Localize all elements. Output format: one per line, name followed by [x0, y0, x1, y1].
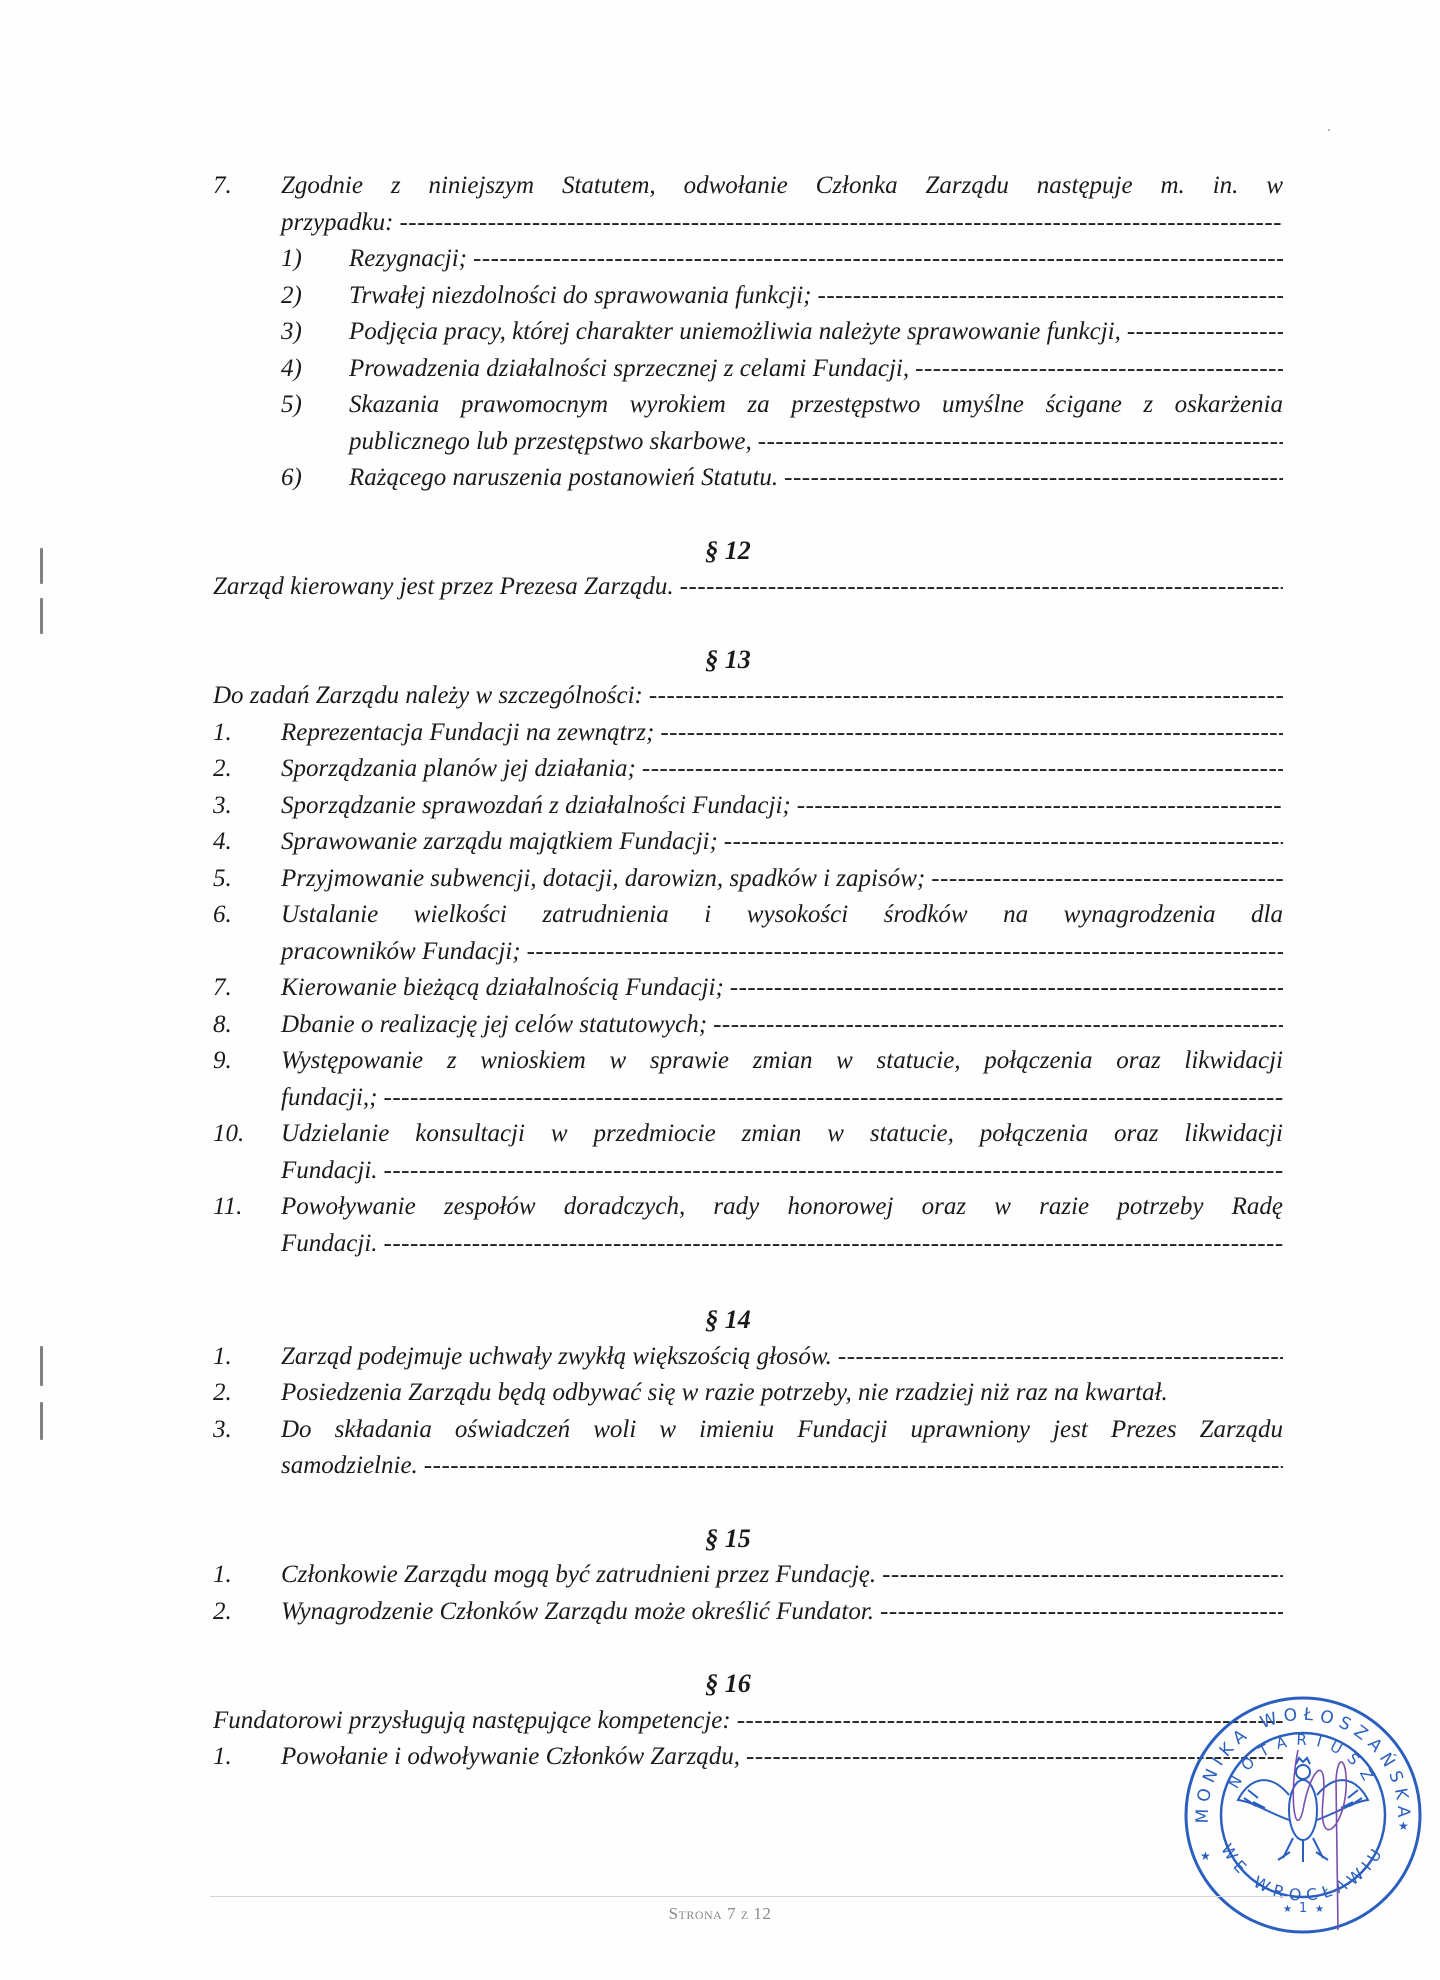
list-item-continuation: Fundacji.: [213, 1226, 1283, 1263]
list-number: 3): [281, 314, 349, 351]
list-item-text: Wynagrodzenie Członków Zarządu może okre…: [281, 1594, 874, 1631]
section-heading: § 13: [213, 642, 1283, 679]
list-item-text: Ustalanie wielkości zatrudnienia i wysok…: [281, 897, 1283, 934]
list-item-text: Podjęcia pracy, której charakter uniemoż…: [349, 314, 1121, 351]
list-item: 3. Sporządzanie sprawozdań z działalnośc…: [213, 788, 1283, 825]
list-item-text: Do składania oświadczeń woli w imieniu F…: [281, 1412, 1283, 1449]
fill-dashes: [473, 241, 1283, 278]
fill-dashes: [399, 205, 1283, 242]
fill-dashes: [384, 1226, 1283, 1263]
list-item: 6) Rażącego naruszenia postanowień Statu…: [213, 460, 1283, 497]
list-item: 2. Wynagrodzenie Członków Zarządu może o…: [213, 1594, 1283, 1631]
list-item-text: Skazania prawomocnym wyrokiem za przestę…: [349, 387, 1283, 424]
fill-dashes: [915, 351, 1283, 388]
spacer: [213, 1485, 1283, 1521]
list-number: 3.: [213, 1412, 281, 1449]
fill-dashes: [784, 460, 1283, 497]
list-number: 7.: [213, 168, 281, 205]
fill-dashes: [527, 934, 1283, 971]
list-number: 5.: [213, 861, 281, 898]
fill-dashes: [838, 1339, 1283, 1376]
fill-dashes: [758, 424, 1283, 461]
fill-dashes: [931, 861, 1283, 898]
margin-scan-mark: [40, 598, 43, 634]
list-item: 1. Członkowie Zarządu mogą być zatrudnie…: [213, 1557, 1283, 1594]
list-number: 1.: [213, 1339, 281, 1376]
list-item-text: Występowanie z wnioskiem w sprawie zmian…: [281, 1043, 1283, 1080]
fill-dashes: [384, 1153, 1283, 1190]
point-7-line-1: 7. Zgodnie z niniejszym Statutem, odwoła…: [213, 168, 1283, 205]
scan-speck: [1328, 129, 1330, 131]
fill-dashes: [1127, 314, 1283, 351]
margin-scan-mark: [40, 1402, 43, 1440]
list-number: 2.: [213, 1375, 281, 1412]
fill-dashes: [424, 1448, 1283, 1485]
list-item: 11. Powoływanie zespołów doradczych, rad…: [213, 1189, 1283, 1226]
list-number: 4): [281, 351, 349, 388]
section-heading: § 12: [213, 533, 1283, 570]
list-item: 3. Do składania oświadczeń woli w imieni…: [213, 1412, 1283, 1449]
list-item: 4. Sprawowanie zarządu majątkiem Fundacj…: [213, 824, 1283, 861]
footer-divider: [210, 1896, 1290, 1897]
fill-dashes: [642, 751, 1283, 788]
fill-dashes: [730, 970, 1283, 1007]
list-item: 3) Podjęcia pracy, której charakter unie…: [213, 314, 1283, 351]
scanned-page: 7. Zgodnie z niniejszym Statutem, odwoła…: [0, 0, 1440, 1980]
fill-dashes: [384, 1080, 1283, 1117]
paragraph-text: Zgodnie z niniejszym Statutem, odwołanie…: [281, 168, 1283, 205]
list-item-text: Dbanie o realizację jej celów statutowyc…: [281, 1007, 707, 1044]
fill-dashes: [882, 1557, 1283, 1594]
list-item-text: Prowadzenia działalności sprzecznej z ce…: [349, 351, 909, 388]
section-heading: § 14: [213, 1302, 1283, 1339]
list-item-text: Reprezentacja Fundacji na zewnątrz;: [281, 715, 654, 752]
list-item: 1) Rezygnacji;: [213, 241, 1283, 278]
list-item-text: Posiedzenia Zarządu będą odbywać się w r…: [281, 1375, 1168, 1412]
list-item: 7. Kierowanie bieżącą działalnością Fund…: [213, 970, 1283, 1007]
list-item-text: Sporządzania planów jej działania;: [281, 751, 636, 788]
list-number: 4.: [213, 824, 281, 861]
list-number: 8.: [213, 1007, 281, 1044]
fill-dashes: [660, 715, 1283, 752]
list-item-text: pracowników Fundacji;: [281, 934, 521, 971]
list-item: 6. Ustalanie wielkości zatrudnienia i wy…: [213, 897, 1283, 934]
paragraph-text: Fundatorowi przysługują następujące komp…: [213, 1703, 731, 1740]
star-icon: ★: [1200, 1849, 1211, 1863]
section-heading: § 15: [213, 1521, 1283, 1558]
list-number: 11.: [213, 1189, 281, 1226]
list-item-text: Rażącego naruszenia postanowień Statutu.: [349, 460, 778, 497]
section-intro: Do zadań Zarządu należy w szczególności:: [213, 678, 1283, 715]
section-heading: § 16: [213, 1666, 1283, 1703]
list-item-text: Sprawowanie zarządu majątkiem Fundacji;: [281, 824, 718, 861]
list-item: 9. Występowanie z wnioskiem w sprawie zm…: [213, 1043, 1283, 1080]
document-body: 7. Zgodnie z niniejszym Statutem, odwoła…: [213, 168, 1283, 1776]
fill-dashes: [724, 824, 1283, 861]
list-item-text: Członkowie Zarządu mogą być zatrudnieni …: [281, 1557, 876, 1594]
list-number: 1.: [213, 1739, 281, 1776]
list-item-continuation: Fundacji.: [213, 1153, 1283, 1190]
list-item: 5) Skazania prawomocnym wyrokiem za prze…: [213, 387, 1283, 424]
fill-dashes: [880, 1594, 1283, 1631]
list-item: 4) Prowadzenia działalności sprzecznej z…: [213, 351, 1283, 388]
list-item: 2. Sporządzania planów jej działania;: [213, 751, 1283, 788]
list-item-text: Kierowanie bieżącą działalnością Fundacj…: [281, 970, 724, 1007]
list-item-text: Powołanie i odwoływanie Członków Zarządu…: [281, 1739, 740, 1776]
list-item-continuation: samodzielnie.: [213, 1448, 1283, 1485]
list-item-text: Fundacji.: [281, 1226, 378, 1263]
list-item-text: fundacji,;: [281, 1080, 378, 1117]
star-icon: ★: [1398, 1819, 1409, 1833]
list-item-text: Powoływanie zespołów doradczych, rady ho…: [281, 1189, 1283, 1226]
paragraph-text: Do zadań Zarządu należy w szczególności:: [213, 678, 643, 715]
notary-seal-eagle-icon: MONIKA WOŁOSZAŃSKA NOTARIUSZ WE WROCŁAWI…: [1178, 1690, 1428, 1940]
list-item: 1. Powołanie i odwoływanie Członków Zarz…: [213, 1739, 1283, 1776]
fill-dashes: [713, 1007, 1283, 1044]
fill-dashes: [818, 278, 1283, 315]
list-number: 7.: [213, 970, 281, 1007]
spacer: [213, 606, 1283, 642]
list-item: 5. Przyjmowanie subwencji, dotacji, daro…: [213, 861, 1283, 898]
paragraph-text: przypadku:: [281, 205, 393, 242]
list-number: 1.: [213, 715, 281, 752]
list-item-text: Fundacji.: [281, 1153, 378, 1190]
list-number: 10.: [213, 1116, 281, 1153]
page-number: Strona 7 z 12: [0, 1904, 1440, 1924]
list-item-text: Przyjmowanie subwencji, dotacji, darowiz…: [281, 861, 925, 898]
point-7-line-2: przypadku:: [213, 205, 1283, 242]
list-item-text: Udzielanie konsultacji w przedmiocie zmi…: [281, 1116, 1283, 1153]
list-number: 1): [281, 241, 349, 278]
section-text: Zarząd kierowany jest przez Prezesa Zarz…: [213, 569, 1283, 606]
list-number: 2.: [213, 1594, 281, 1631]
list-item: 10. Udzielanie konsultacji w przedmiocie…: [213, 1116, 1283, 1153]
spacer: [213, 1262, 1283, 1302]
margin-scan-mark: [40, 1346, 43, 1386]
list-number: 5): [281, 387, 349, 424]
list-item-text: Trwałej niezdolności do sprawowania funk…: [349, 278, 812, 315]
list-item-continuation: fundacji,;: [213, 1080, 1283, 1117]
spacer: [213, 1630, 1283, 1666]
list-number: 3.: [213, 788, 281, 825]
list-item-text: Zarząd podejmuje uchwały zwykłą większoś…: [281, 1339, 832, 1376]
list-number: 6.: [213, 897, 281, 934]
section-intro: Fundatorowi przysługują następujące komp…: [213, 1703, 1283, 1740]
list-number: 6): [281, 460, 349, 497]
fill-dashes: [797, 788, 1283, 825]
list-item: 8. Dbanie o realizację jej celów statuto…: [213, 1007, 1283, 1044]
list-item: 2. Posiedzenia Zarządu będą odbywać się …: [213, 1375, 1283, 1412]
list-item-text: Sporządzanie sprawozdań z działalności F…: [281, 788, 791, 825]
paragraph-text: Zarząd kierowany jest przez Prezesa Zarz…: [213, 569, 674, 606]
list-number: 1.: [213, 1557, 281, 1594]
list-item-text: samodzielnie.: [281, 1448, 418, 1485]
list-number: 9.: [213, 1043, 281, 1080]
list-number: 2): [281, 278, 349, 315]
margin-scan-mark: [40, 548, 43, 584]
list-item-text: publicznego lub przestępstwo skarbowe,: [349, 424, 752, 461]
list-item: 1. Zarząd podejmuje uchwały zwykłą więks…: [213, 1339, 1283, 1376]
fill-dashes: [649, 678, 1283, 715]
list-item-continuation: publicznego lub przestępstwo skarbowe,: [213, 424, 1283, 461]
list-item-continuation: pracowników Fundacji;: [213, 934, 1283, 971]
fill-dashes: [680, 569, 1283, 606]
spacer: [213, 497, 1283, 533]
list-item: 1. Reprezentacja Fundacji na zewnątrz;: [213, 715, 1283, 752]
list-item-text: Rezygnacji;: [349, 241, 467, 278]
list-number: 2.: [213, 751, 281, 788]
list-item: 2) Trwałej niezdolności do sprawowania f…: [213, 278, 1283, 315]
